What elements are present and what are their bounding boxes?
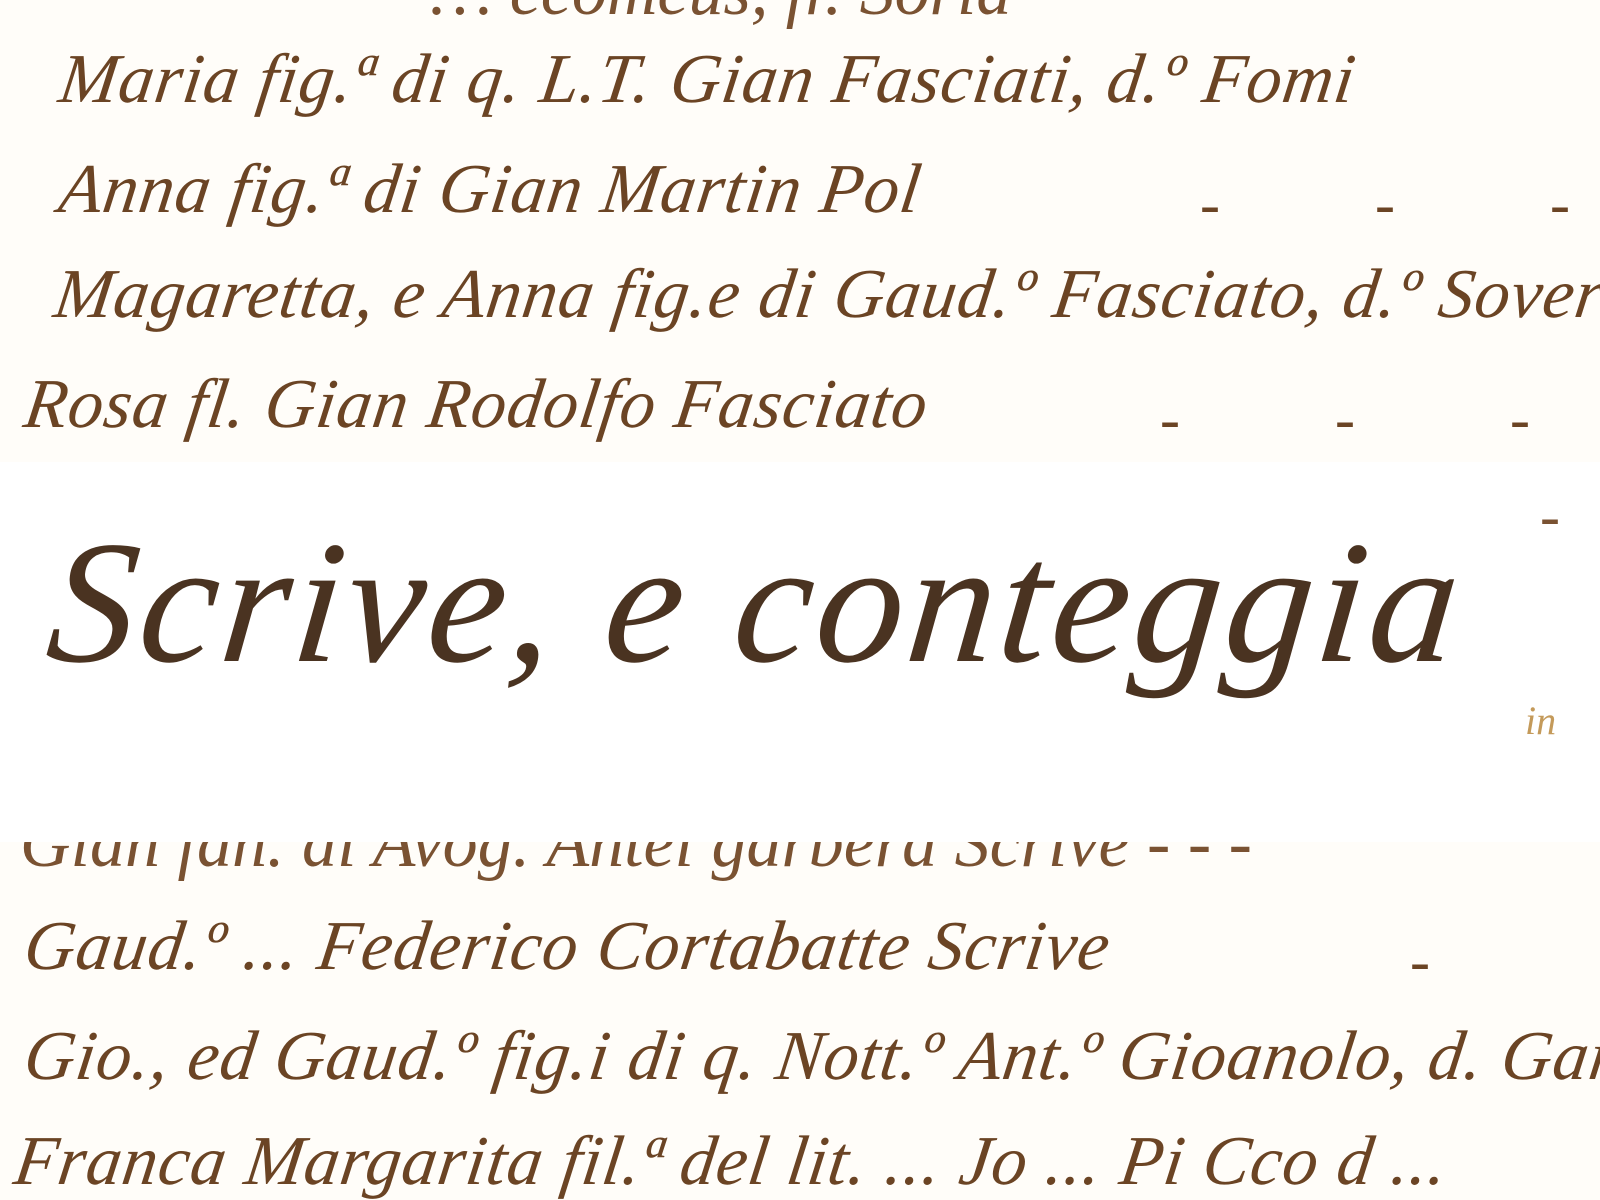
margin-fragment: in bbox=[1525, 697, 1556, 744]
register-entry-magaretta: Magaretta, e Anna fig.e di Gaud.º Fascia… bbox=[49, 255, 1600, 335]
register-entry-franca: Franca Margarita fil.ª del lit. ... Jo .… bbox=[9, 1122, 1453, 1200]
entry-dashes: - bbox=[1410, 927, 1500, 996]
margin-dash: - bbox=[1540, 482, 1560, 551]
entry-dashes: - - - bbox=[1160, 385, 1600, 454]
manuscript-page: … ecomeus, fr. Soria Maria fig.ª di q. L… bbox=[0, 0, 1600, 1200]
cut-off-line: Gian fan. di Avog. Antel garbera Scrive … bbox=[20, 842, 1252, 884]
register-entry-rosa: Rosa fl. Gian Rodolfo Fasciato bbox=[19, 365, 933, 445]
register-entry-federico: Gaud.º ... Federico Cortabatte Scrive bbox=[19, 907, 1115, 987]
top-manuscript-fragment: … ecomeus, fr. Soria Maria fig.ª di q. L… bbox=[0, 0, 1600, 462]
highlighted-phrase: Scrive, e conteggia bbox=[39, 502, 1472, 703]
register-entry-maria: Maria fig.ª di q. L.T. Gian Fasciati, d.… bbox=[54, 40, 1360, 120]
entry-dashes: - - - bbox=[1200, 170, 1600, 239]
register-entry-gio: Gio., ed Gaud.º fig.i di q. Nott.º Ant.º… bbox=[19, 1017, 1600, 1097]
bottom-manuscript-fragment: Gian fan. di Avog. Antel garbera Scrive … bbox=[0, 842, 1600, 1200]
register-entry-anna: Anna fig.ª di Gian Martin Pol bbox=[54, 150, 926, 230]
cut-off-line: … ecomeus, fr. Soria bbox=[430, 0, 1011, 32]
enlarged-manuscript-fragment: Scrive, e conteggia - in bbox=[0, 462, 1600, 842]
